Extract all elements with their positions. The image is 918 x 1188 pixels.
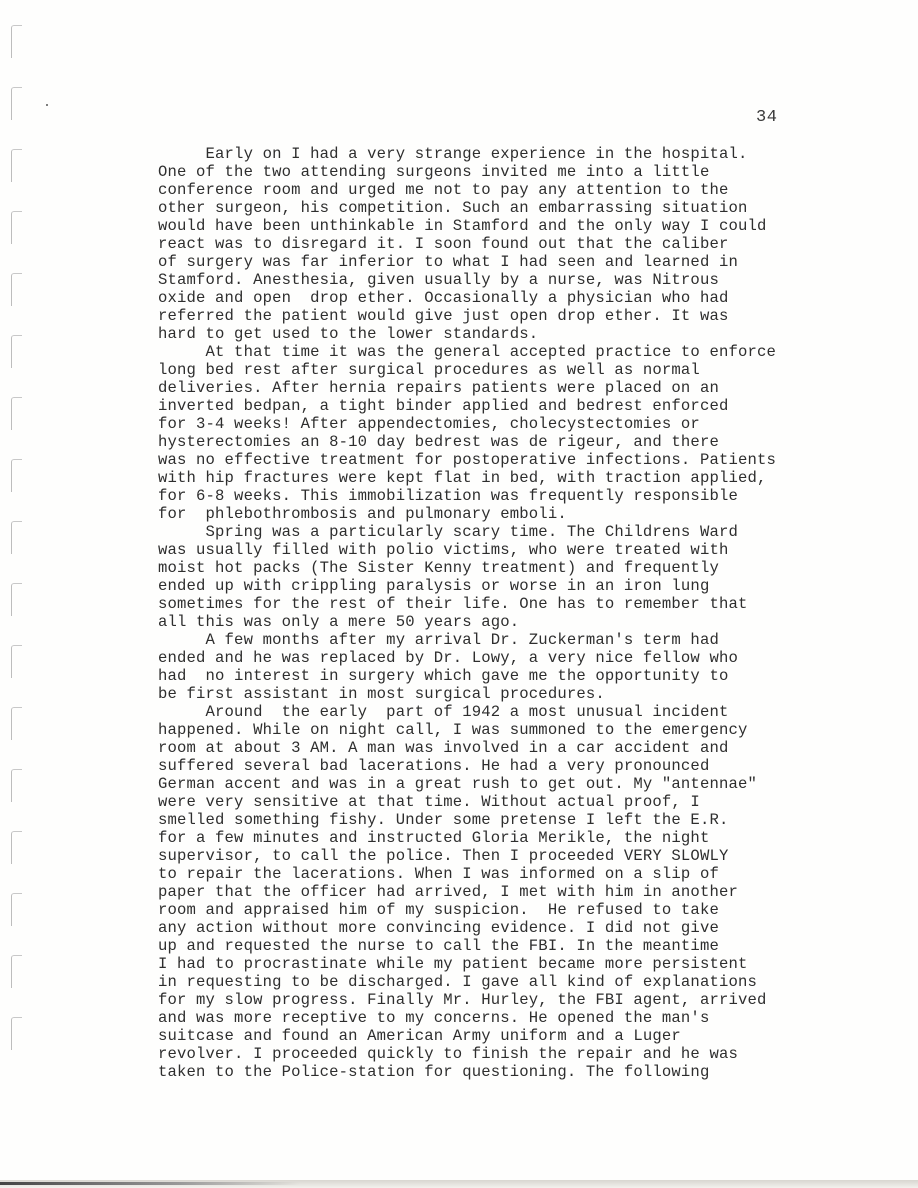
text-line: revolver. I proceeded quickly to finish … (158, 1045, 878, 1063)
text-line: for my slow progress. Finally Mr. Hurley… (158, 991, 878, 1009)
binder-mark (11, 273, 22, 306)
binder-mark (11, 707, 22, 740)
text-line: of surgery was far inferior to what I ha… (158, 253, 878, 271)
text-line: for phlebothrombosis and pulmonary embol… (158, 505, 878, 523)
binder-mark (11, 1017, 22, 1050)
binder-mark (11, 769, 22, 802)
text-line: for a few minutes and instructed Gloria … (158, 829, 878, 847)
text-line: referred the patient would give just ope… (158, 307, 878, 325)
text-line: sometimes for the rest of their life. On… (158, 595, 878, 613)
text-line: A few months after my arrival Dr. Zucker… (158, 631, 878, 649)
text-line: were very sensitive at that time. Withou… (158, 793, 878, 811)
text-line: up and requested the nurse to call the F… (158, 937, 878, 955)
binder-hole-marks (8, 0, 28, 1188)
text-line: suitcase and found an American Army unif… (158, 1027, 878, 1045)
text-line: happened. While on night call, I was sum… (158, 721, 878, 739)
text-line: moist hot packs (The Sister Kenny treatm… (158, 559, 878, 577)
text-line: all this was only a mere 50 years ago. (158, 613, 878, 631)
binder-mark (11, 25, 22, 58)
text-line: oxide and open drop ether. Occasionally … (158, 289, 878, 307)
page-bottom-shadow (0, 1182, 300, 1185)
text-line: German accent and was in a great rush to… (158, 775, 878, 793)
text-line: be first assistant in most surgical proc… (158, 685, 878, 703)
binder-mark (11, 955, 22, 988)
text-line: Spring was a particularly scary time. Th… (158, 523, 878, 541)
text-line: any action without more convincing evide… (158, 919, 878, 937)
text-line: Stamford. Anesthesia, given usually by a… (158, 271, 878, 289)
binder-mark (11, 645, 22, 678)
binder-mark (11, 87, 22, 120)
text-line: other surgeon, his competition. Such an … (158, 199, 878, 217)
text-line: room and appraised him of my suspicion. … (158, 901, 878, 919)
text-line: and was more receptive to my concerns. H… (158, 1009, 878, 1027)
binder-mark (11, 893, 22, 926)
document-page: 34 Early on I had a very strange experie… (0, 0, 918, 1188)
binder-mark (11, 831, 22, 864)
text-line: had no interest in surgery which gave me… (158, 667, 878, 685)
text-line: I had to procrastinate while my patient … (158, 955, 878, 973)
text-line: paper that the officer had arrived, I me… (158, 883, 878, 901)
binder-mark (11, 397, 22, 430)
text-line: One of the two attending surgeons invite… (158, 163, 878, 181)
text-line: would have been unthinkable in Stamford … (158, 217, 878, 235)
text-line: hard to get used to the lower standards. (158, 325, 878, 343)
text-line: suffered several bad lacerations. He had… (158, 757, 878, 775)
text-line: supervisor, to call the police. Then I p… (158, 847, 878, 865)
binder-mark (11, 149, 22, 182)
text-line: in requesting to be discharged. I gave a… (158, 973, 878, 991)
text-line: At that time it was the general accepted… (158, 343, 878, 361)
binder-mark (11, 521, 22, 554)
text-line: was no effective treatment for postopera… (158, 451, 878, 469)
text-line: Around the early part of 1942 a most unu… (158, 703, 878, 721)
text-line: hysterectomies an 8-10 day bedrest was d… (158, 433, 878, 451)
text-line: with hip fractures were kept flat in bed… (158, 469, 878, 487)
text-line: smelled something fishy. Under some pret… (158, 811, 878, 829)
text-line: for 3-4 weeks! After appendectomies, cho… (158, 415, 878, 433)
text-line: long bed rest after surgical procedures … (158, 361, 878, 379)
paper-speck (46, 104, 48, 106)
text-line: taken to the Police-station for question… (158, 1063, 878, 1081)
page-number: 34 (756, 108, 777, 127)
binder-mark (11, 583, 22, 616)
text-line: to repair the lacerations. When I was in… (158, 865, 878, 883)
text-line: inverted bedpan, a tight binder applied … (158, 397, 878, 415)
typewritten-body-text: Early on I had a very strange experience… (158, 145, 878, 1081)
text-line: react was to disregard it. I soon found … (158, 235, 878, 253)
binder-mark (11, 211, 22, 244)
text-line: for 6-8 weeks. This immobilization was f… (158, 487, 878, 505)
text-line: room at about 3 AM. A man was involved i… (158, 739, 878, 757)
text-line: was usually filled with polio victims, w… (158, 541, 878, 559)
text-line: ended up with crippling paralysis or wor… (158, 577, 878, 595)
binder-mark (11, 335, 22, 368)
text-line: deliveries. After hernia repairs patient… (158, 379, 878, 397)
text-line: conference room and urged me not to pay … (158, 181, 878, 199)
binder-mark (11, 459, 22, 492)
text-line: ended and he was replaced by Dr. Lowy, a… (158, 649, 878, 667)
text-line: Early on I had a very strange experience… (158, 145, 878, 163)
